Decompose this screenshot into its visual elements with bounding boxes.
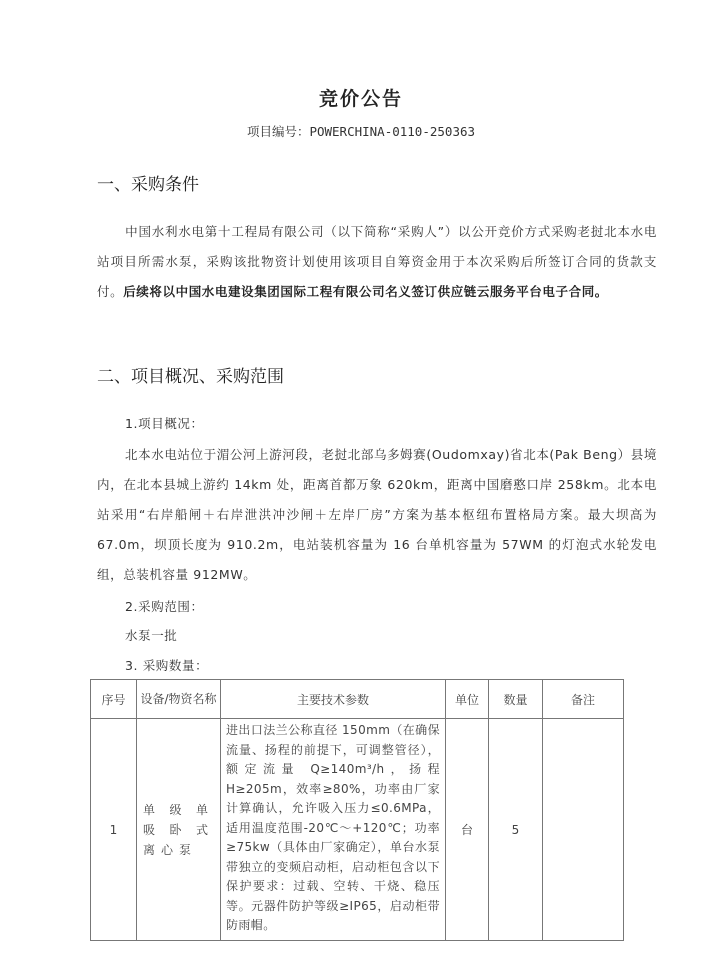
header-name: 设备/物资名称 [137,680,221,719]
item3-label: 3. 采购数量： [125,656,208,674]
document-title: 竞价公告 [0,84,722,111]
procurement-scope-text: 水泵一批 [125,626,177,644]
cell-remark [543,719,624,941]
cell-unit: 台 [446,719,489,941]
header-qty: 数量 [489,680,543,719]
cell-name: 单级单吸卧式离心泵 [137,719,221,941]
header-unit: 单位 [446,680,489,719]
procurement-table: 序号 设备/物资名称 主要技术参数 单位 数量 备注 1 单级单吸卧式离心泵 进… [90,679,624,941]
paragraph-text: 北本水电站位于湄公河上游河段，老挝北部乌多姆赛(Oudomxay)省北本(Pak… [97,447,657,582]
procurement-conditions-paragraph: 中国水利水电第十工程局有限公司（以下简称“采购人”）以公开竞价方式采购老挝北本水… [97,217,657,307]
section-heading-project-overview: 二、项目概况、采购范围 [97,362,284,387]
item2-label: 2.采购范围： [125,597,204,615]
table-row: 1 单级单吸卧式离心泵 进出口法兰公称直径 150mm（在确保流量、扬程的前提下… [91,719,624,941]
paragraph-bold-text: 后续将以中国水电建设集团国际工程有限公司名义签订供应链云服务平台电子合同。 [123,284,608,299]
project-number: 项目编号：POWERCHINA-0110-250363 [0,122,722,140]
project-overview-paragraph: 北本水电站位于湄公河上游河段，老挝北部乌多姆赛(Oudomxay)省北本(Pak… [97,440,657,590]
header-remark: 备注 [543,680,624,719]
cell-no: 1 [91,719,137,941]
cell-params: 进出口法兰公称直径 150mm（在确保流量、扬程的前提下，可调整管径），额定流量… [221,719,446,941]
section-heading-procurement-conditions: 一、采购条件 [97,170,199,195]
item1-label: 1.项目概况： [125,414,204,432]
header-params: 主要技术参数 [221,680,446,719]
cell-qty: 5 [489,719,543,941]
table-header-row: 序号 设备/物资名称 主要技术参数 单位 数量 备注 [91,680,624,719]
header-no: 序号 [91,680,137,719]
